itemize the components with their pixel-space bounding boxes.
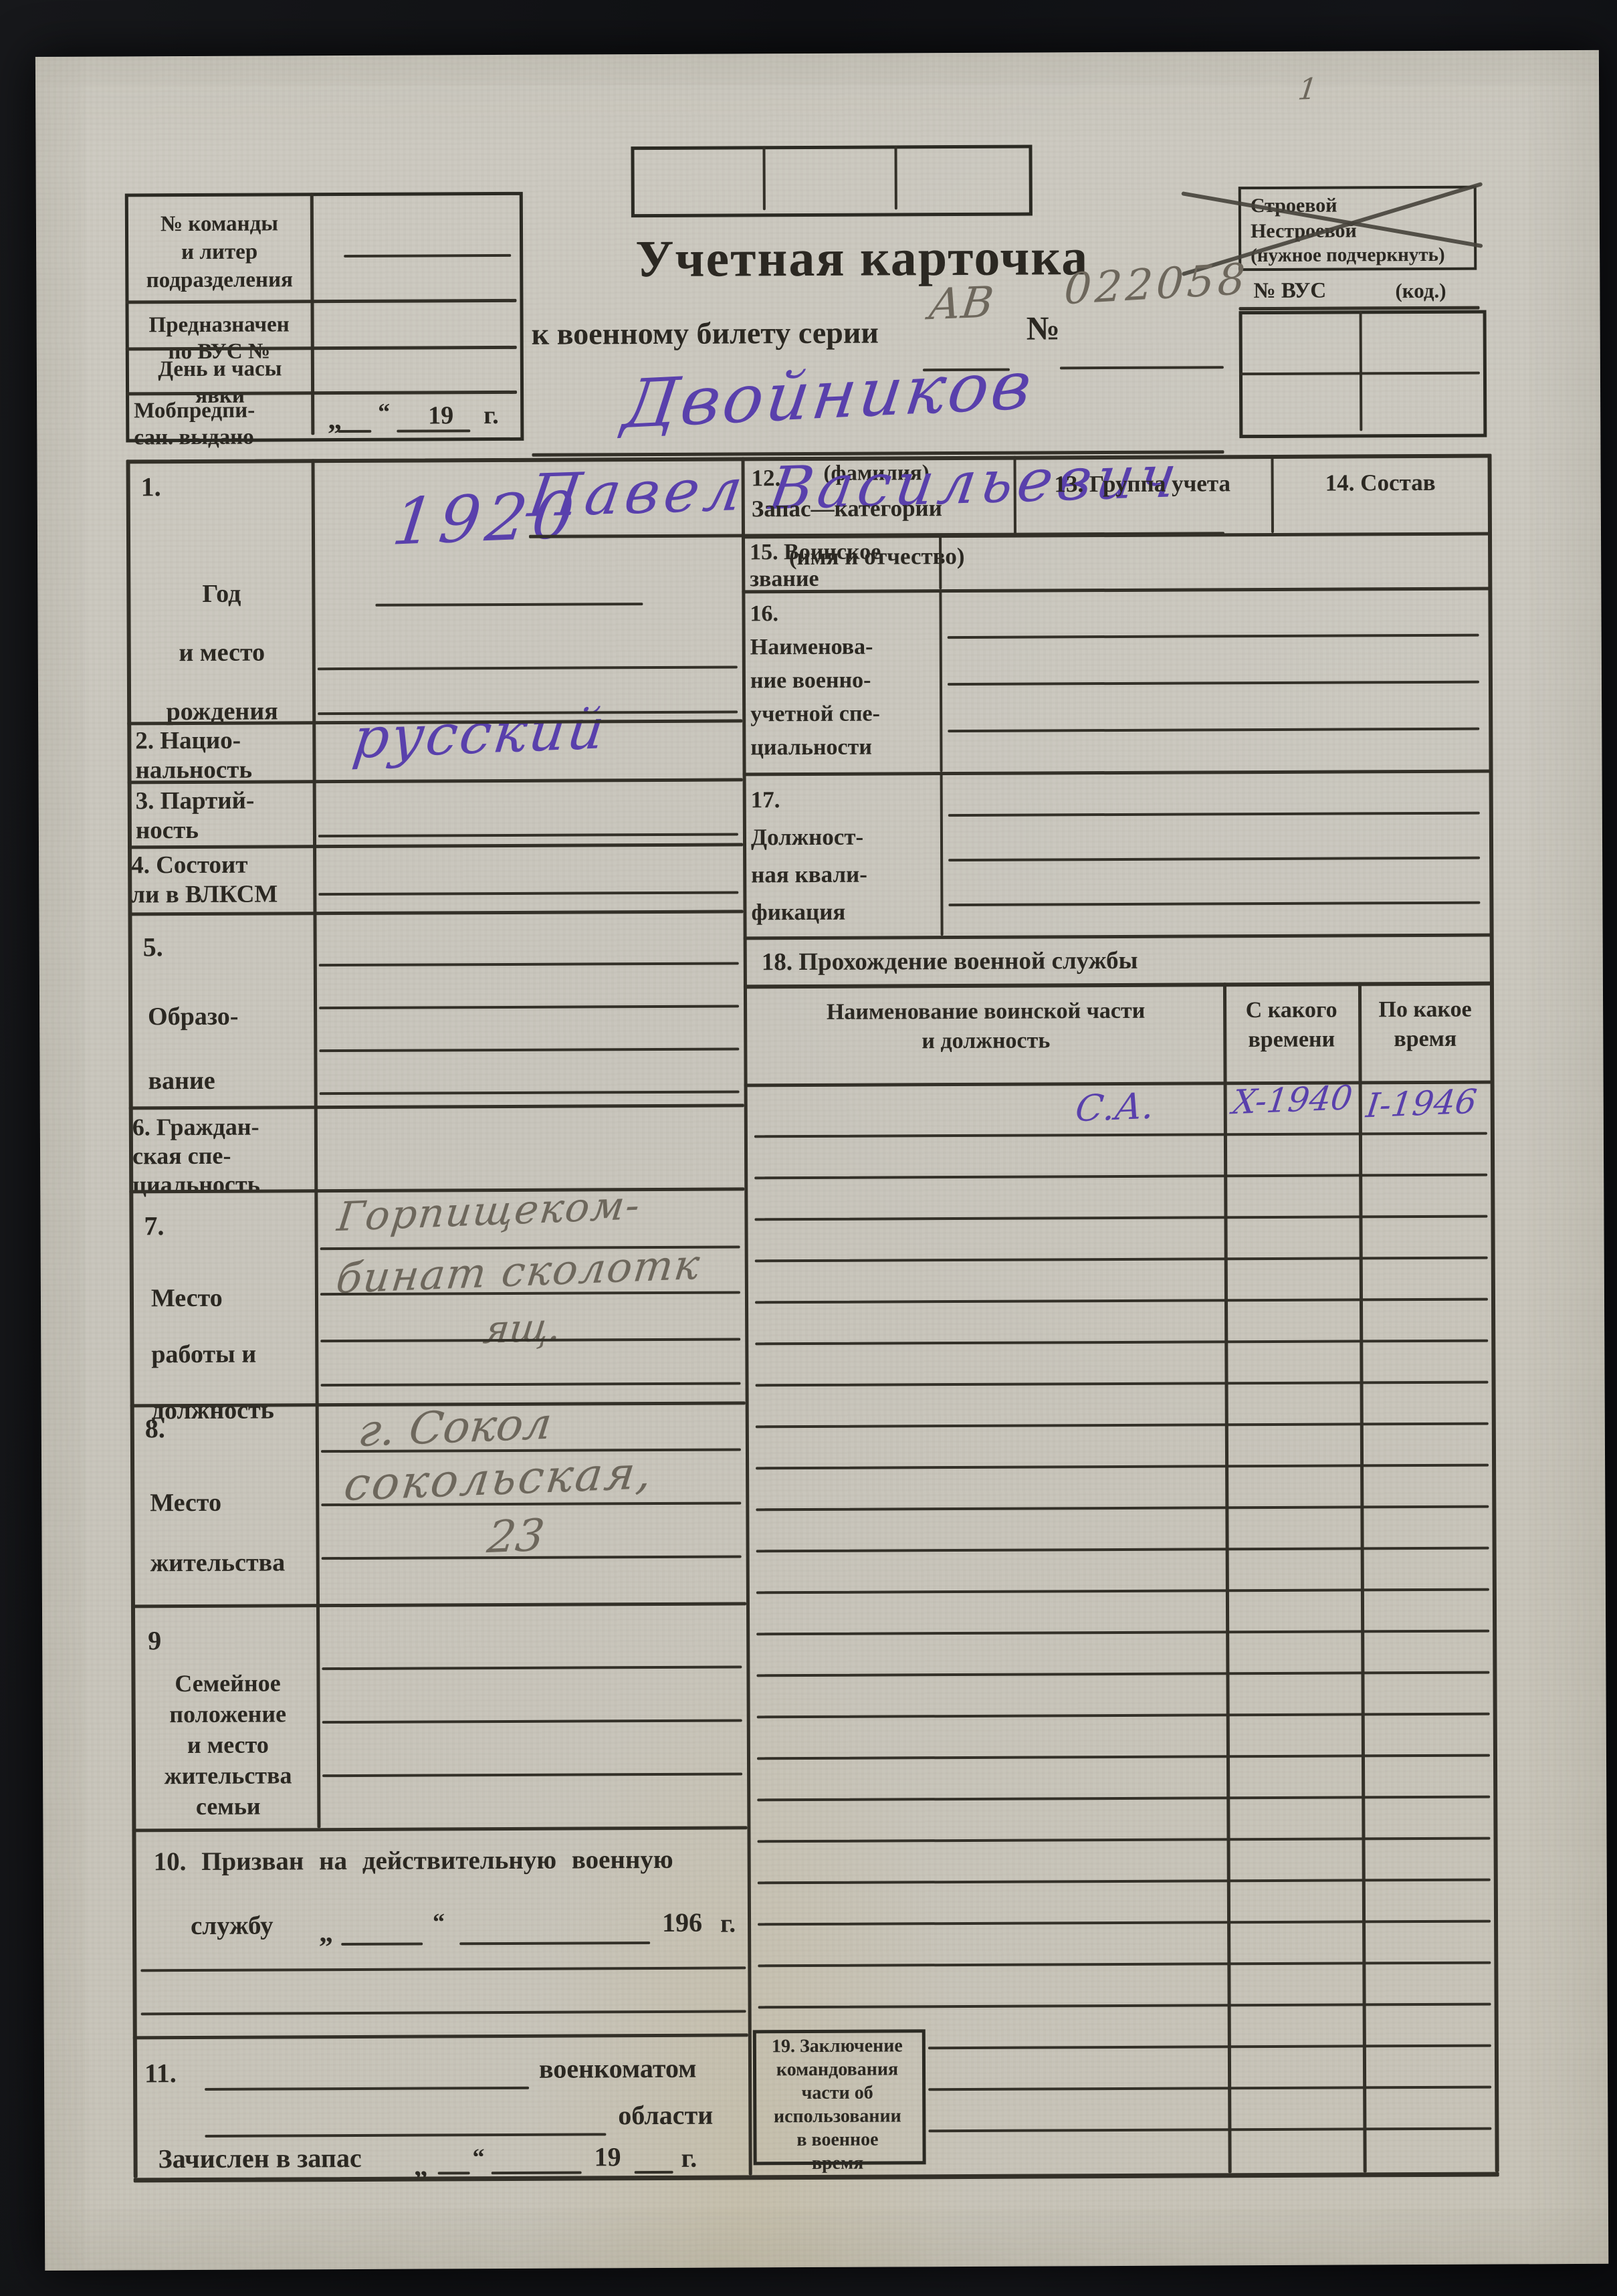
- number-handwritten: 022058: [1063, 255, 1250, 314]
- field-3-label: 3. Партий- ность: [136, 786, 316, 845]
- rule-horizontal: [341, 1943, 423, 1946]
- field-1-value-handwritten: 1920: [389, 478, 583, 560]
- field-18-col2-header: С какого времени: [1224, 995, 1358, 1055]
- field-8-hand-line1: г. Сокол: [356, 1398, 554, 1457]
- field-8-label: Место жительства: [150, 1472, 318, 1593]
- field-2-label: 2. Нацио- нальность: [135, 726, 316, 785]
- field-7-label: Место работы и должность: [151, 1269, 312, 1439]
- rule-vertical: [762, 146, 765, 210]
- field-11-year-suffix: г.: [681, 2142, 697, 2175]
- field-10-word: службу: [191, 1910, 274, 1942]
- field-15-label: 15. Воинское звание: [750, 538, 940, 593]
- field-11-year: 19: [594, 2141, 621, 2174]
- field-10-quote-open: „: [319, 1916, 333, 1950]
- field-7-num: 7.: [144, 1210, 164, 1243]
- field-1-label: Год и место рождения: [131, 564, 312, 741]
- field-5-label: Образо- вание: [148, 984, 316, 1113]
- field-14-label: 14. Состав: [1271, 469, 1490, 498]
- field-10-year: 196: [662, 1907, 702, 1940]
- rule-vertical: [1360, 310, 1363, 431]
- rule-horizontal: [397, 429, 470, 432]
- field-18-col1-header: Наименование воинской части и должность: [750, 996, 1222, 1057]
- field-18-title: 18. Прохождение военной службы: [762, 946, 1138, 978]
- field-10-year-suffix: г.: [720, 1907, 736, 1940]
- field-2-value-handwritten: русский: [350, 696, 610, 771]
- rule-horizontal: [438, 2172, 470, 2174]
- code-box: [631, 145, 1032, 218]
- field-18-entry-to: I-1946: [1364, 1082, 1479, 1125]
- field-10-quote-close: “: [433, 1907, 445, 1937]
- field-9-num: 9: [148, 1625, 161, 1657]
- field-11-word2: области: [618, 2099, 713, 2132]
- rule-vertical: [1271, 455, 1274, 533]
- vus-number-label: № ВУС: [1253, 278, 1326, 305]
- rule-horizontal: [338, 430, 371, 433]
- field-10-line1: 10. Призван на действительную военную: [154, 1844, 673, 1878]
- vus-code-label: (код.): [1395, 278, 1446, 304]
- field-13-label: 13. Группа учета: [1014, 469, 1271, 499]
- field-11-num: 11.: [144, 2057, 177, 2090]
- field-18-col3-header: По какое время: [1360, 995, 1491, 1055]
- rule-vertical: [1013, 456, 1016, 534]
- mob-year-suffix: г.: [483, 400, 499, 431]
- field-11-quote-close: “: [472, 2143, 484, 2172]
- series-handwritten: АВ: [926, 278, 996, 330]
- mob-quote-close: “: [378, 398, 390, 427]
- field-4-label: 4. Состоит ли в ВЛКСМ: [131, 850, 318, 910]
- field-17-label: 17. Должност- ная квали- фикация: [751, 780, 942, 931]
- field-11-word3: Зачислен в запас: [158, 2142, 361, 2176]
- mob-box-label-issued: Мобпредпи- сан. выдано: [134, 397, 313, 451]
- field-6-label: 6. Граждан- ская спе- циальность: [132, 1112, 320, 1199]
- field-1-num: 1.: [141, 471, 161, 504]
- field-8-num: 8.: [145, 1413, 165, 1445]
- rule-vertical: [894, 145, 897, 209]
- field-7-hand-line3: ящ.: [481, 1304, 564, 1353]
- mob-box-label-command: № команды и литер подразделения: [130, 209, 310, 294]
- scanned-card-scene: № команды и литер подразделения Предназн…: [0, 0, 1617, 2296]
- number-sign: №: [1027, 308, 1061, 348]
- field-11-word1: военкоматом: [539, 2053, 697, 2086]
- field-9-label: Семейное положение и место жительства се…: [134, 1667, 321, 1822]
- rule-horizontal: [635, 2171, 673, 2174]
- rule-horizontal: [492, 2171, 582, 2174]
- field-16-label: 16. Наименова- ние военно- учетной спе- …: [750, 597, 941, 764]
- field-5-num: 5.: [143, 931, 163, 964]
- rule-horizontal: [923, 369, 1010, 372]
- field-8-hand-line3: 23: [485, 1509, 548, 1563]
- subtitle: к военному билету серии: [532, 314, 879, 353]
- mob-year: 19: [428, 400, 453, 431]
- rule-vertical: [939, 534, 942, 589]
- field-12-label: 12. Запас—категории: [752, 462, 1012, 525]
- field-19-label: 19. Заключение командования части об исп…: [757, 2034, 918, 2175]
- field-18-entry-part: С.А.: [1073, 1085, 1157, 1130]
